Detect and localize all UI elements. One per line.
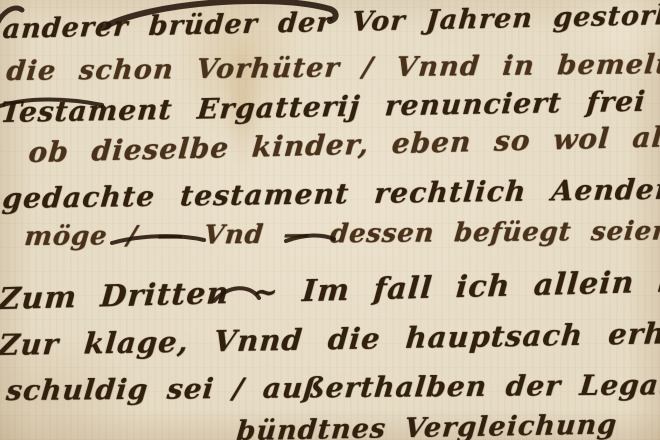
manuscript-line: bündtnes Vergleichung bbox=[235, 409, 618, 440]
manuscript-line: gedachte testament rechtlich Aender bbox=[1, 173, 660, 215]
manuscript-page: anderer brüder der Vor Jahren gestorbdie… bbox=[0, 0, 660, 440]
manuscript-line: die schon Vorhüter / Vnnd in bemelt bbox=[5, 49, 660, 87]
manuscript-line: Zur klage, Vnnd die hauptsach erhal bbox=[0, 316, 660, 362]
manuscript-line: Zum Dritten ~ Im fall ich allein bef bbox=[0, 263, 660, 317]
manuscript-line: schuldig sei / außerthalben der Legaten bbox=[5, 368, 660, 407]
manuscript-line: ob dieselbe kinder, eben so wol all bbox=[27, 120, 660, 169]
manuscript-line: möge / — Vnd — dessen befüegt seien / bbox=[23, 216, 660, 252]
manuscript-line: anderer brüder der Vor Jahren gestorb bbox=[1, 0, 660, 45]
